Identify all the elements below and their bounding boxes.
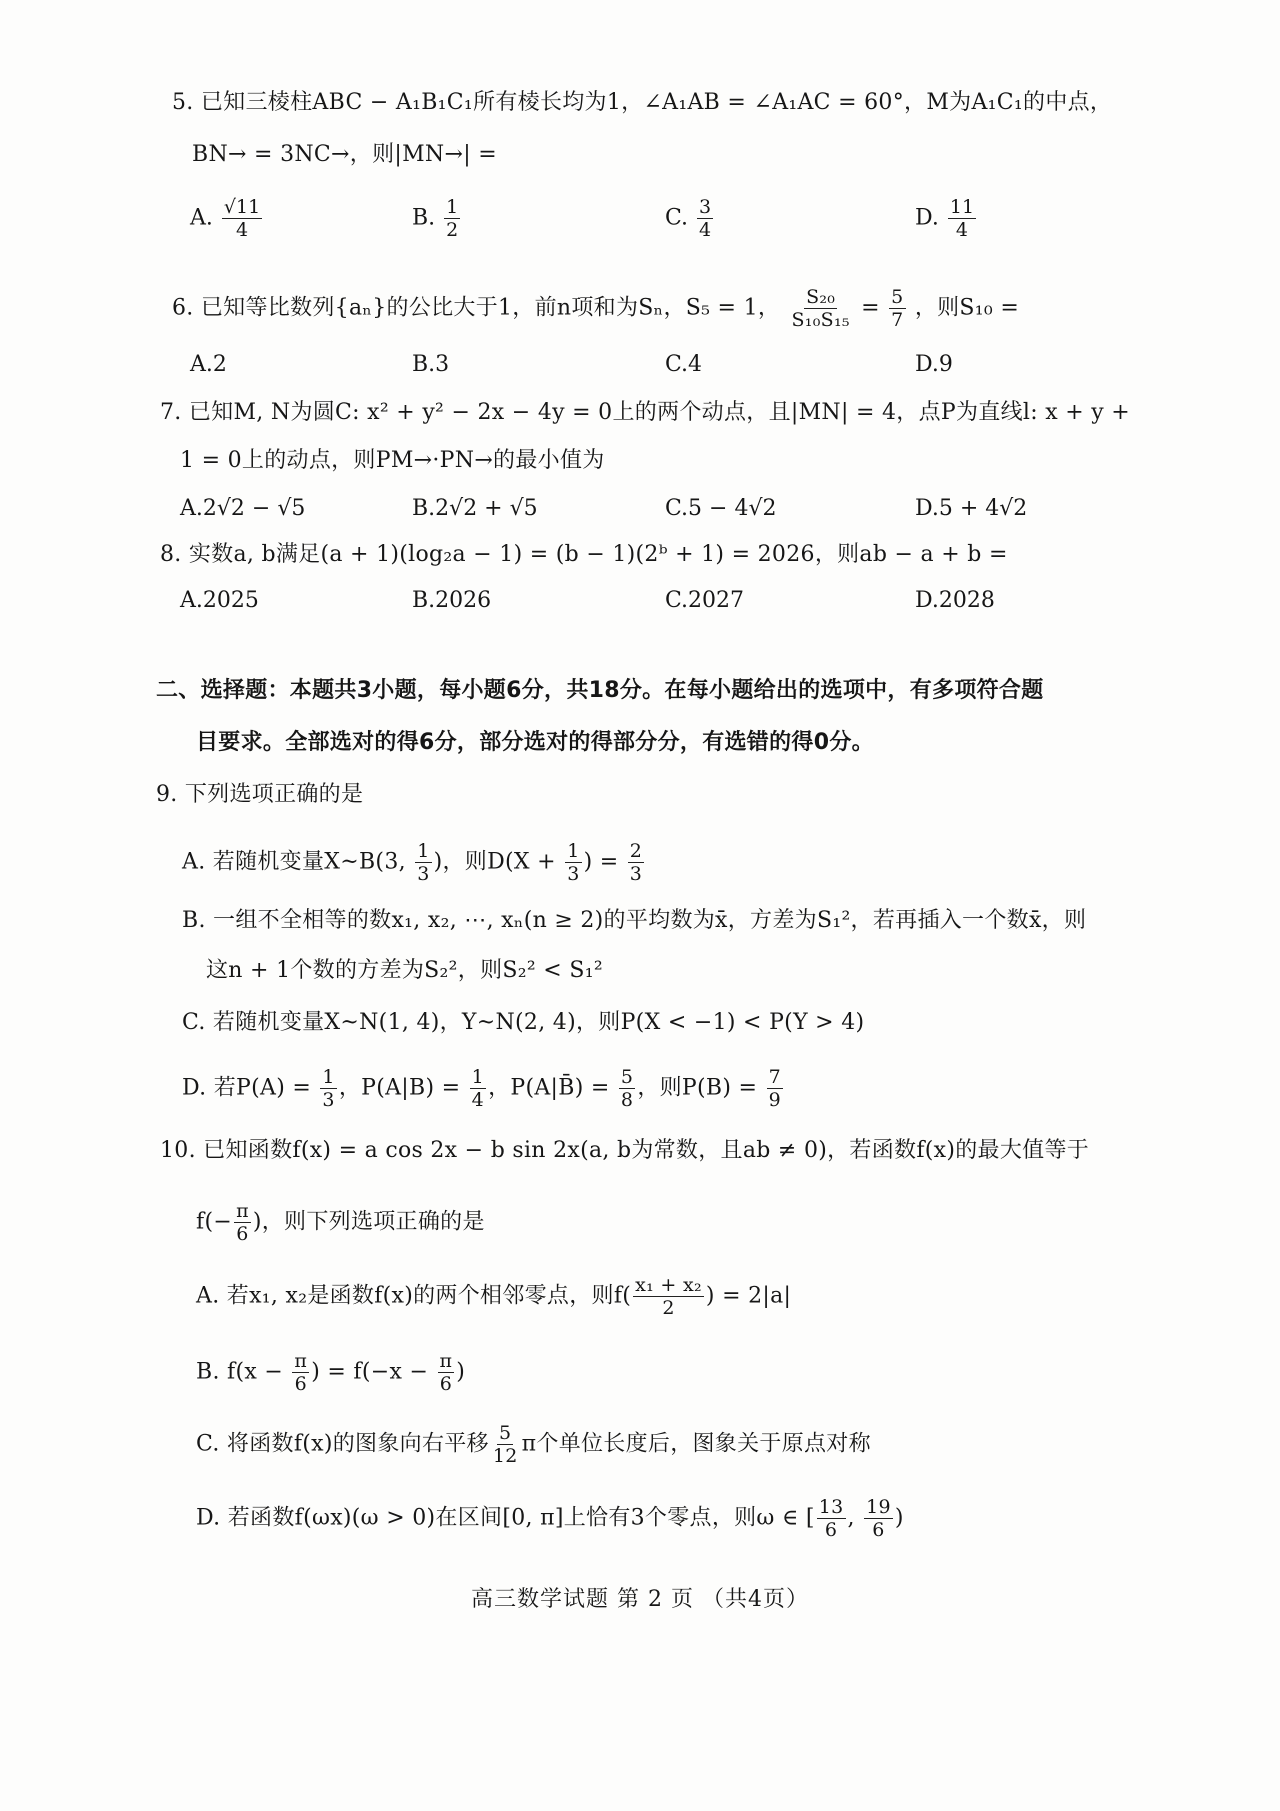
q7-option-a: A.2√2 − √5 <box>180 494 305 524</box>
q5-option-b: B. 12 <box>412 196 462 241</box>
fraction: 196 <box>864 1496 893 1541</box>
fraction: 13 <box>415 840 431 885</box>
q6-stem-post: ，则S₁₀ = <box>915 296 1019 321</box>
q10-option-d: D. 若函数f(ωx)(ω > 0)在区间[0, π]上恰有3个零点，则ω ∈ … <box>196 1496 904 1541</box>
option-label: A. <box>190 206 213 231</box>
q9-option-d: D. 若P(A) = 13，P(A|B) = 14，P(A|B̄) = 58，则… <box>182 1066 785 1111</box>
q10-stem-line2: f(−π6)，则下列选项正确的是 <box>196 1200 485 1245</box>
q5-stem-line1: 5. 已知三棱柱ABC − A₁B₁C₁所有棱长均为1，∠A₁AB = ∠A₁A… <box>172 88 1112 118</box>
q10-option-a: A. 若x₁, x₂是函数f(x)的两个相邻零点，则f(x₁ + x₂2) = … <box>196 1274 791 1319</box>
fraction: 13 <box>320 1066 336 1111</box>
fraction: 34 <box>697 196 713 241</box>
q6-option-d: D.9 <box>915 350 953 380</box>
q8-option-b: B.2026 <box>412 586 491 616</box>
q5-option-c: C. 34 <box>665 196 715 241</box>
fraction: 79 <box>767 1066 783 1111</box>
fraction: 58 <box>619 1066 635 1111</box>
q10-option-b: B. f(x − π6) = f(−x − π6) <box>196 1350 465 1395</box>
q7-option-d: D.5 + 4√2 <box>915 494 1027 524</box>
fraction: 57 <box>889 286 905 331</box>
fraction: x₁ + x₂2 <box>633 1274 704 1319</box>
fraction: 23 <box>628 840 644 885</box>
section2-heading-line2: 目要求。全部选对的得6分，部分选对的得部分分，有选错的得0分。 <box>196 728 874 758</box>
option-label: C. <box>665 206 688 231</box>
fraction: 14 <box>470 1066 486 1111</box>
q9-option-b-line2: 这n + 1个数的方差为S₂²，则S₂² < S₁² <box>206 956 603 986</box>
q6-stem: 6. 已知等比数列{aₙ}的公比大于1，前n项和为Sₙ，S₅ = 1， S₂₀S… <box>172 286 1019 331</box>
q6-option-b: B.3 <box>412 350 449 380</box>
q6-option-a: A.2 <box>190 350 227 380</box>
fraction: 136 <box>817 1496 846 1541</box>
fraction: 114 <box>948 196 976 241</box>
q9-option-a: A. 若随机变量X~B(3, 13)，则D(X + 13) = 23 <box>182 840 646 885</box>
q7-stem-line2: 1 = 0上的动点，则PM→·PN→的最小值为 <box>180 446 605 476</box>
fraction: π6 <box>438 1350 455 1395</box>
q9-option-b-line1: B. 一组不全相等的数x₁, x₂, ⋯, xₙ(n ≥ 2)的平均数为x̄，方… <box>182 906 1086 936</box>
q8-stem: 8. 实数a, b满足(a + 1)(log₂a − 1) = (b − 1)(… <box>160 540 1008 570</box>
q7-option-b: B.2√2 + √5 <box>412 494 538 524</box>
page-footer: 高三数学试题 第 2 页 （共4页） <box>0 1582 1280 1613</box>
exam-page: 5. 已知三棱柱ABC − A₁B₁C₁所有棱长均为1，∠A₁AB = ∠A₁A… <box>0 0 1280 1811</box>
q9-stem: 9. 下列选项正确的是 <box>156 780 363 810</box>
q8-option-d: D.2028 <box>915 586 995 616</box>
fraction: 12 <box>444 196 460 241</box>
q6-option-c: C.4 <box>665 350 702 380</box>
fraction: √114 <box>222 196 262 241</box>
equals: = <box>861 296 880 321</box>
q7-stem-line1: 7. 已知M, N为圆C: x² + y² − 2x − 4y = 0上的两个动… <box>160 398 1130 428</box>
q9-option-c: C. 若随机变量X~N(1, 4)，Y~N(2, 4)，则P(X < −1) <… <box>182 1008 864 1038</box>
q5-stem-line2: BN→ = 3NC→，则|MN→| = <box>192 140 497 170</box>
q6-stem-pre: 6. 已知等比数列{aₙ}的公比大于1，前n项和为Sₙ，S₅ = 1， <box>172 296 780 321</box>
fraction: 512 <box>491 1422 520 1467</box>
fraction: π6 <box>234 1200 251 1245</box>
q10-stem-line1: 10. 已知函数f(x) = a cos 2x − b sin 2x(a, b为… <box>160 1136 1089 1166</box>
option-label: B. <box>412 206 435 231</box>
q8-option-c: C.2027 <box>665 586 744 616</box>
fraction: π6 <box>292 1350 309 1395</box>
q8-option-a: A.2025 <box>180 586 259 616</box>
section2-heading-line1: 二、选择题：本题共3小题，每小题6分，共18分。在每小题给出的选项中，有多项符合… <box>156 676 1044 706</box>
q5-option-a: A. √114 <box>190 196 264 241</box>
fraction: S₂₀S₁₀S₁₅ <box>789 286 851 331</box>
q5-option-d: D. 114 <box>915 196 978 241</box>
option-label: D. <box>915 206 939 231</box>
fraction: 13 <box>565 840 581 885</box>
q10-option-c: C. 将函数f(x)的图象向右平移512π个单位长度后，图象关于原点对称 <box>196 1422 871 1467</box>
q7-option-c: C.5 − 4√2 <box>665 494 776 524</box>
